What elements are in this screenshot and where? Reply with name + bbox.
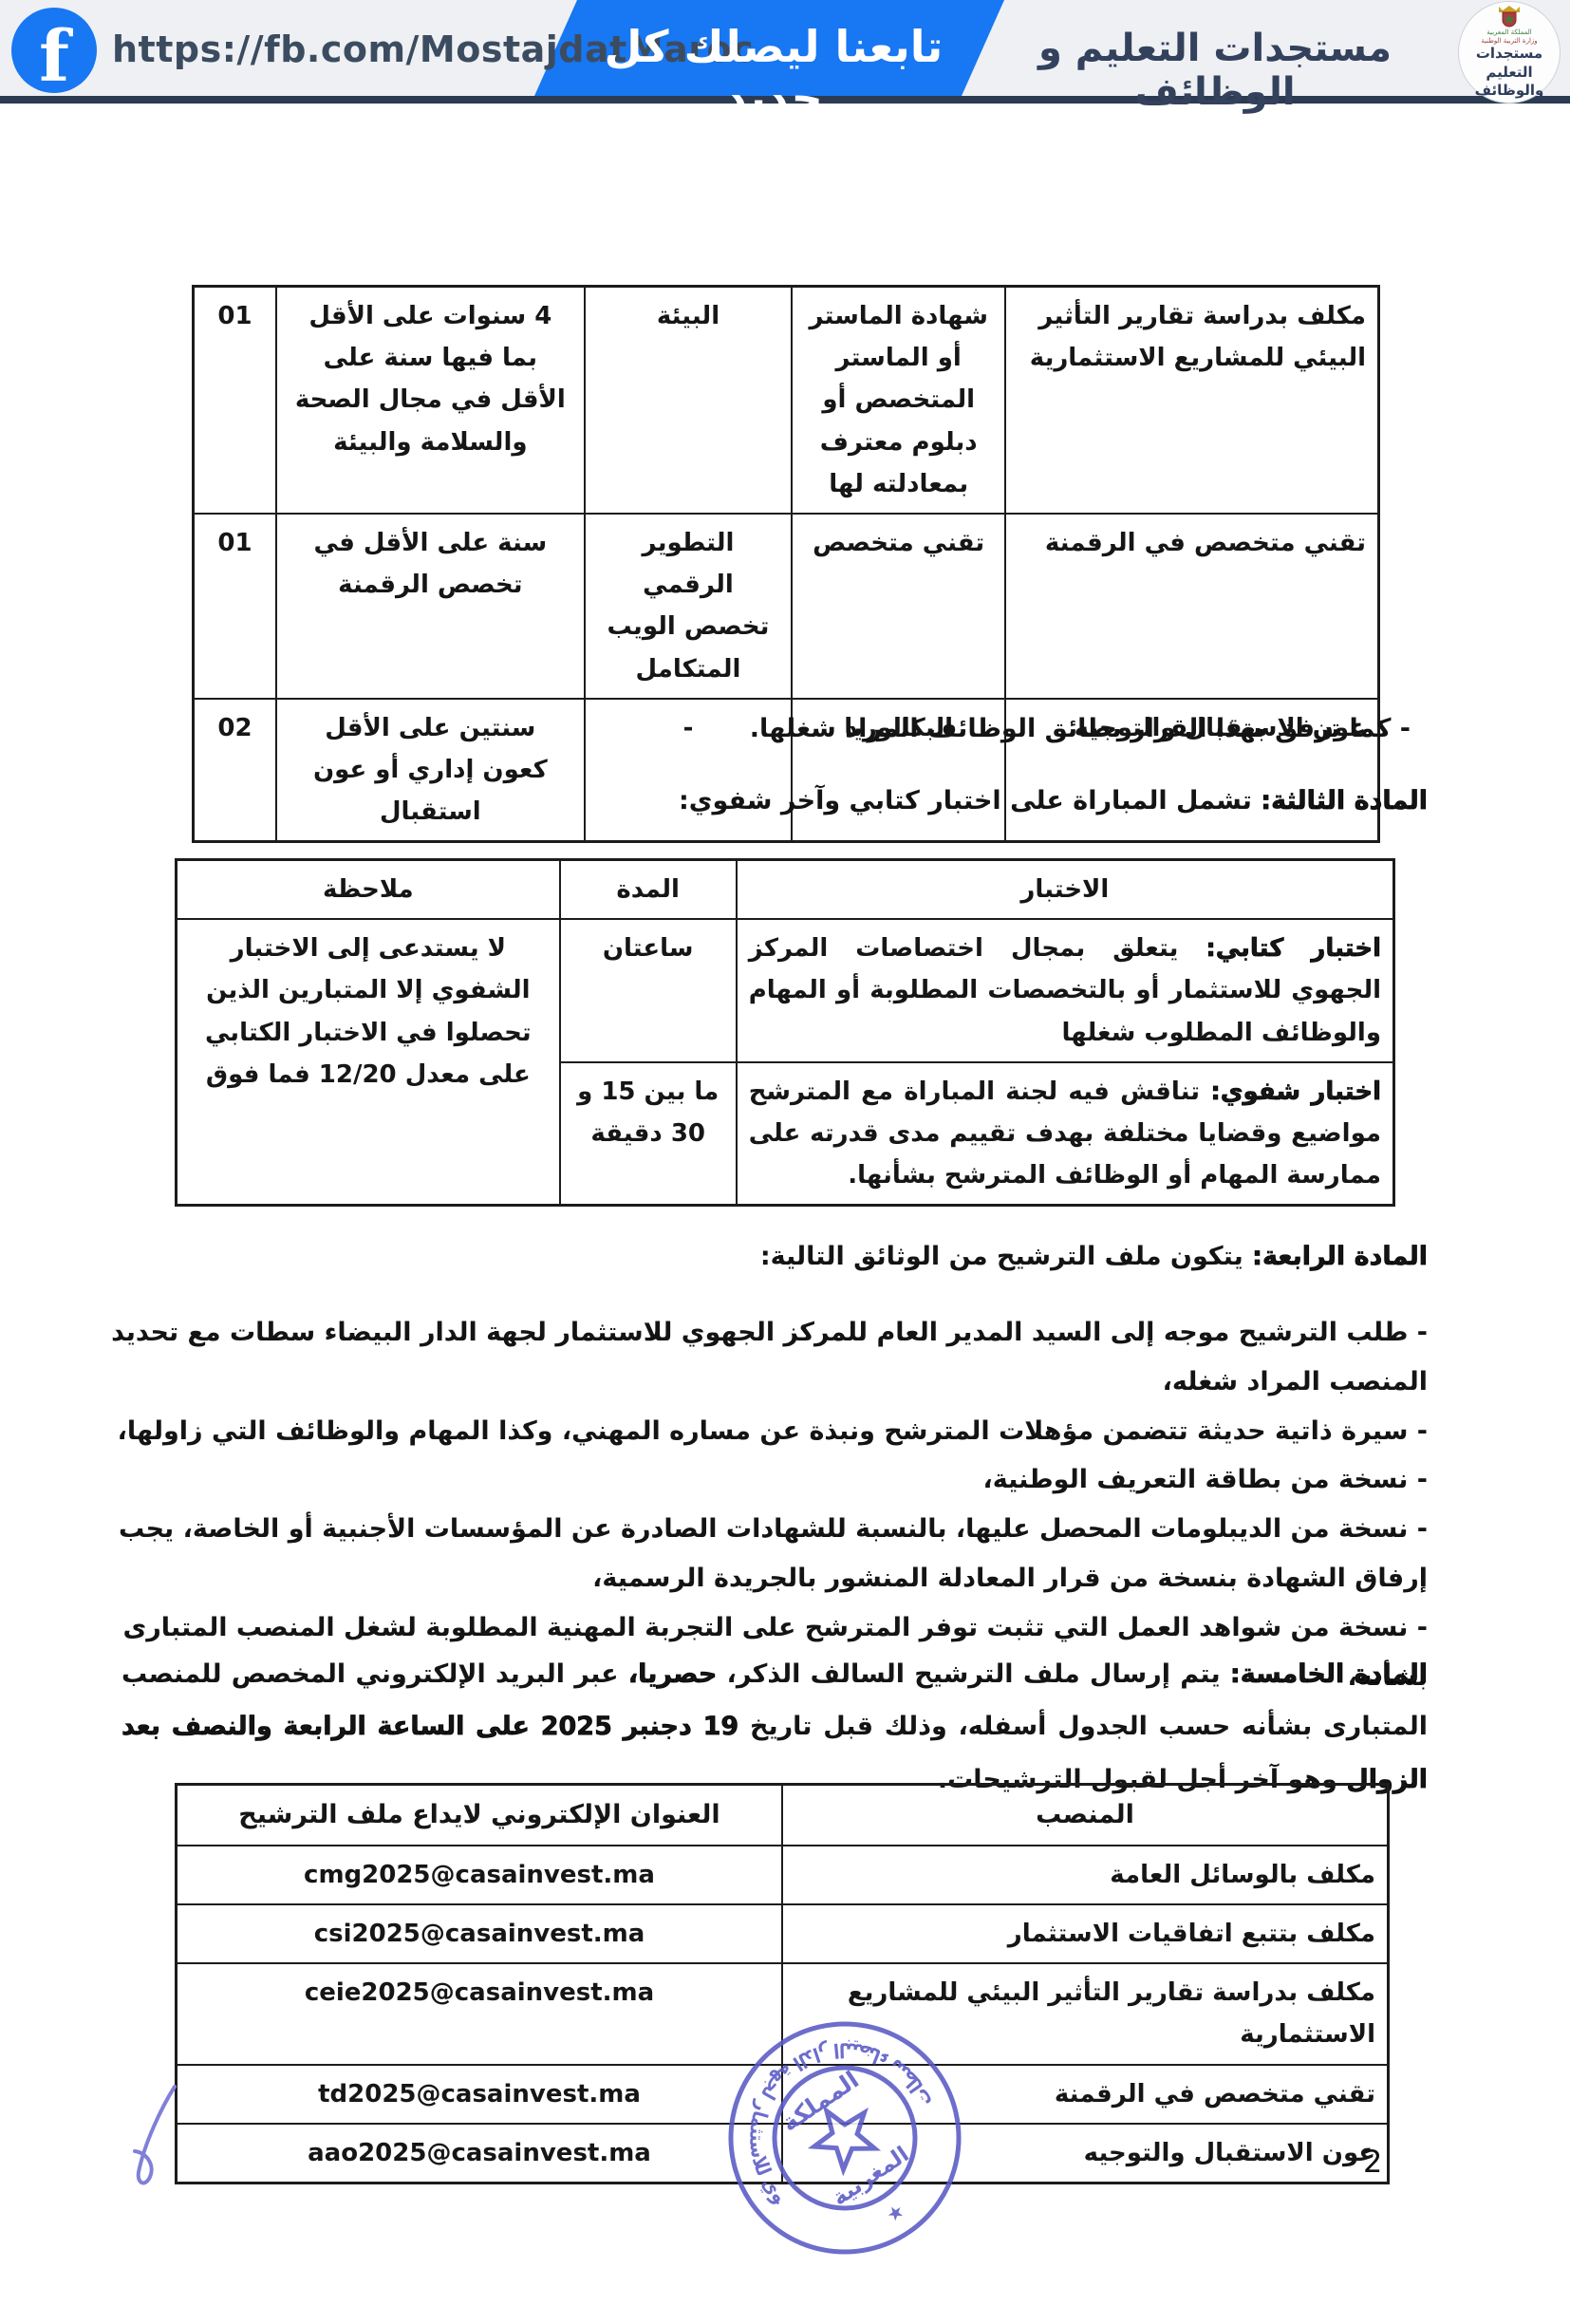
coat-of-arms-icon <box>1495 4 1523 28</box>
email-col-header: العنوان الإلكتروني لايداع ملف الترشيح <box>177 1785 783 1846</box>
position-cell: مكلف بالوسائل العامة <box>782 1846 1389 1904</box>
article-5-title: المادة الخامسة: <box>1230 1659 1428 1689</box>
signature-icon <box>112 2081 197 2204</box>
logo-tiny-line-2: وزارة التربية الوطنية <box>1481 37 1537 45</box>
diploma-cell: شهادة الماستر أو الماستر المتخصص أو دبلو… <box>792 287 1005 514</box>
logo-title-line-2: والوظائف <box>1475 82 1544 101</box>
position-cell: مكلف بدراسة تقارير التأثير البيئي للمشار… <box>1005 287 1378 514</box>
count-cell: 02 <box>194 699 276 842</box>
email-cell: ceie2025@casainvest.ma <box>177 1963 783 2064</box>
positions-table: مكلف بدراسة تقارير التأثير البيئي للمشار… <box>192 285 1380 843</box>
email-cell: csi2025@casainvest.ma <box>177 1904 783 1963</box>
svg-text:★: ★ <box>882 2199 908 2227</box>
logo-tiny-line-1: المملكة المغربية <box>1486 28 1532 36</box>
table-row: مكلف بتتبع اتفاقيات الاستثمار csi2025@ca… <box>177 1904 1389 1963</box>
follow-banner-text: تابعنا ليصلك كل جديد <box>560 21 987 123</box>
list-item: - طلب الترشيح موجه إلى السيد المدير العا… <box>104 1308 1428 1407</box>
experience-cell: 4 سنوات على الأقل بما فيها سنة على الأقل… <box>276 287 585 514</box>
table-row: مكلف بالوسائل العامة cmg2025@casainvest.… <box>177 1846 1389 1904</box>
document-page: f https://fb.com/MostajdatMaroc تابعنا ل… <box>0 0 1570 2324</box>
article-4-title: المادة الرابعة: <box>1252 1242 1428 1271</box>
specialty-cell: التطوير الرقمي تخصص الويب المتكامل <box>585 514 793 699</box>
table-row: مكلف بدراسة تقارير التأثير البيئي للمشار… <box>194 287 1379 514</box>
list-item: - نسخة من الديبلومات المحصل عليها، بالنس… <box>104 1505 1428 1603</box>
logo-title-line-1: مستجدات التعليم <box>1459 45 1560 82</box>
specialty-cell: البيئة <box>585 287 793 514</box>
note-col-header: ملاحظة <box>177 860 560 920</box>
list-item: - نسخة من بطاقة التعريف الوطنية، <box>104 1455 1428 1505</box>
exam-col-header: الاختبار <box>737 860 1394 920</box>
position-col-header: المنصب <box>782 1785 1389 1846</box>
duration-cell: ساعتان <box>560 919 737 1062</box>
table-header-row: الاختبار المدة ملاحظة <box>177 860 1394 920</box>
article-3-title: المادة الثالثة: <box>1261 786 1428 815</box>
page-number: 2 <box>1363 2144 1382 2180</box>
brand-title: مستجدات التعليم و الوظائف <box>1020 27 1410 114</box>
attach-note: - كما ترفق بهذا القرار بطائق الوظائف الم… <box>750 714 1411 743</box>
brand-logo: المملكة المغربية وزارة التربية الوطنية م… <box>1458 1 1561 103</box>
table-header-row: المنصب العنوان الإلكتروني لايداع ملف الت… <box>177 1785 1389 1846</box>
diploma-cell: تقني متخصص <box>792 514 1005 699</box>
facebook-icon: f <box>11 8 97 93</box>
note-merged-cell: لا يستدعى إلى الاختبار الشفوي إلا المتبا… <box>177 919 560 1206</box>
duration-cell: ما بين 15 و 30 دقيقة <box>560 1062 737 1206</box>
exam-cell: اختبار شفوي: تناقش فيه لجنة المباراة مع … <box>737 1062 1394 1206</box>
list-item: - سيرة ذاتية حديثة تتضمن مؤهلات المترشح … <box>104 1407 1428 1456</box>
article-3-heading: المادة الثالثة: تشمل المباراة على اختبار… <box>679 786 1428 815</box>
experience-cell: سنة على الأقل في تخصص الرقمنة <box>276 514 585 699</box>
page-header: f https://fb.com/MostajdatMaroc تابعنا ل… <box>0 0 1570 104</box>
count-cell: 01 <box>194 287 276 514</box>
exam-table: الاختبار المدة ملاحظة اختبار كتابي: يتعل… <box>175 858 1395 1207</box>
duration-col-header: المدة <box>560 860 737 920</box>
email-cell: cmg2025@casainvest.ma <box>177 1846 783 1904</box>
position-cell: تقني متخصص في الرقمنة <box>1005 514 1378 699</box>
experience-cell: سنتين على الأقل كعون إداري أو عون استقبا… <box>276 699 585 842</box>
documents-list: - طلب الترشيح موجه إلى السيد المدير العا… <box>104 1308 1428 1702</box>
position-cell: مكلف بتتبع اتفاقيات الاستثمار <box>782 1904 1389 1963</box>
table-row: تقني متخصص في الرقمنة تقني متخصص التطوير… <box>194 514 1379 699</box>
exam-cell: اختبار كتابي: يتعلق بمجال اختصاصات المرك… <box>737 919 1394 1062</box>
count-cell: 01 <box>194 514 276 699</box>
article-4-heading: المادة الرابعة: يتكون ملف الترشيح من الو… <box>760 1242 1428 1271</box>
table-row: اختبار كتابي: يتعلق بمجال اختصاصات المرك… <box>177 919 1394 1062</box>
